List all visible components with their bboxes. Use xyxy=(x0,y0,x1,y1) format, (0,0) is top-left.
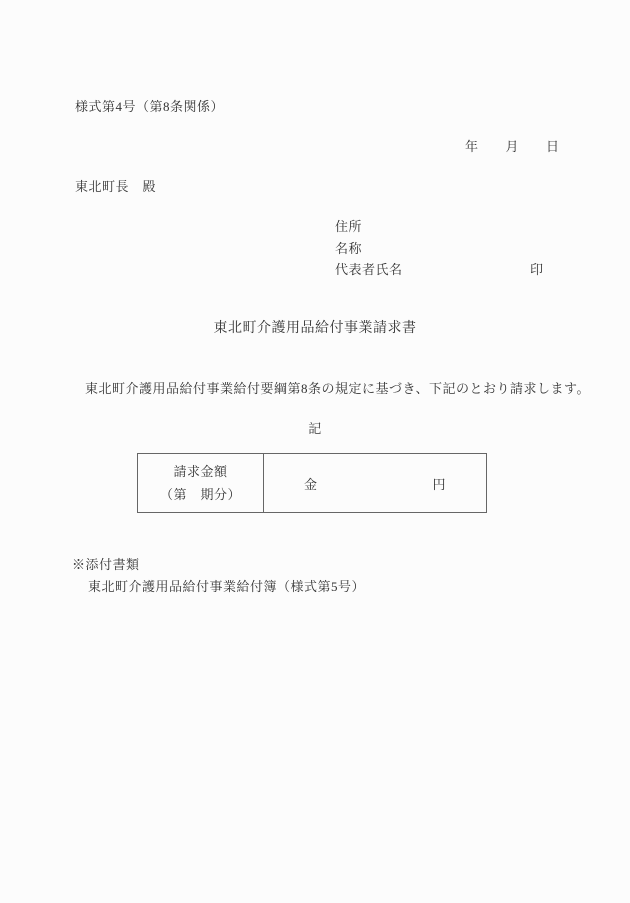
claim-period-label: （第 期分） xyxy=(160,483,241,506)
body-statement: 東北町介護用品給付事業給付要綱第8条の規定に基づき、下記のとおり請求します。 xyxy=(85,378,590,397)
form-page: 様式第4号（第8条関係） 年 月 日 東北町長 殿 住所 名称 代表者氏名 印 … xyxy=(0,0,630,903)
attachments-heading: ※添付書類 xyxy=(72,554,140,573)
applicant-representative-label: 代表者氏名 xyxy=(335,259,403,278)
form-number: 様式第4号（第8条関係） xyxy=(75,96,224,115)
seal-mark: 印 xyxy=(530,259,544,278)
date-field: 年 月 日 xyxy=(465,136,560,155)
claim-amount-header-cell: 請求金額 （第 期分） xyxy=(138,454,264,512)
amount-suffix: 円 xyxy=(432,474,446,493)
applicant-name-label: 名称 xyxy=(335,238,362,257)
amount-prefix: 金 xyxy=(304,474,318,493)
addressee: 東北町長 殿 xyxy=(75,176,156,195)
applicant-address-label: 住所 xyxy=(335,216,362,235)
claim-amount-value-cell: 金 円 xyxy=(264,454,486,512)
record-marker: 記 xyxy=(0,418,630,437)
claim-amount-label: 請求金額 xyxy=(173,460,227,483)
claim-amount-table: 請求金額 （第 期分） 金 円 xyxy=(137,453,487,513)
attachments-item: 東北町介護用品給付事業給付簿（様式第5号） xyxy=(88,576,365,595)
document-title: 東北町介護用品給付事業請求書 xyxy=(0,317,630,337)
